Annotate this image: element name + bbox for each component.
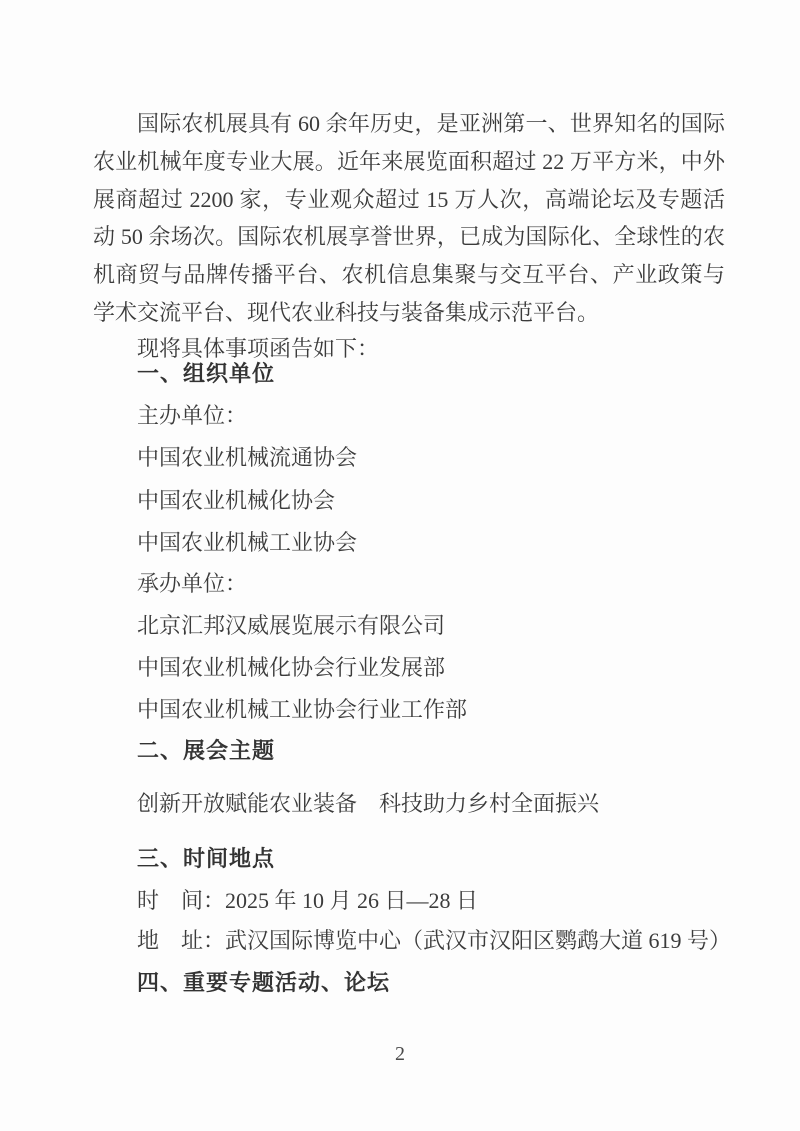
paragraph-line: 展商超过 2200 家，专业观众超过 15 万人次，高端论坛及专题活: [93, 181, 725, 219]
paragraph-line: 农业机械年度专业大展。近年来展览面积超过 22 万平方米，中外: [93, 143, 725, 181]
page-number: 2: [0, 1042, 800, 1066]
section-heading-organizers: 一、组织单位: [137, 360, 275, 388]
organizer-unit-1: 北京汇邦汉威展览展示有限公司: [137, 612, 445, 640]
exhibition-theme-line: 创新开放赋能农业装备 科技助力乡村全面振兴: [137, 790, 599, 818]
paragraph-line: 国际农机展具有 60 余年历史，是亚洲第一、世界知名的国际: [93, 105, 725, 143]
time-line: 时 间：2025 年 10 月 26 日—28 日: [137, 887, 478, 915]
paragraph-line: 机商贸与品牌传播平台、农机信息集聚与交互平台、产业政策与: [93, 256, 725, 294]
host-units-label: 主办单位：: [137, 402, 247, 430]
host-unit-2: 中国农业机械化协会: [137, 487, 335, 515]
host-unit-3: 中国农业机械工业协会: [137, 529, 357, 557]
organizer-unit-3: 中国农业机械工业协会行业工作部: [137, 696, 467, 724]
document-page: 国际农机展具有 60 余年历史，是亚洲第一、世界知名的国际 农业机械年度专业大展…: [0, 0, 800, 1131]
section-heading-time-place: 三、时间地点: [137, 845, 275, 873]
intro-paragraph: 国际农机展具有 60 余年历史，是亚洲第一、世界知名的国际 农业机械年度专业大展…: [93, 105, 725, 332]
organizer-unit-2: 中国农业机械化协会行业发展部: [137, 654, 445, 682]
section-heading-activities: 四、重要专题活动、论坛: [137, 969, 390, 997]
organizer-units-label: 承办单位：: [137, 570, 247, 598]
section-heading-theme: 二、展会主题: [137, 737, 275, 765]
address-line: 地 址：武汉国际博览中心（武汉市汉阳区鹦鹉大道 619 号）: [137, 927, 731, 955]
host-unit-1: 中国农业机械流通协会: [137, 444, 357, 472]
paragraph-line: 学术交流平台、现代农业科技与装备集成示范平台。: [93, 294, 725, 332]
paragraph-line: 动 50 余场次。国际农机展享誉世界，已成为国际化、全球性的农: [93, 218, 725, 256]
notice-line: 现将具体事项函告如下：: [137, 335, 379, 363]
